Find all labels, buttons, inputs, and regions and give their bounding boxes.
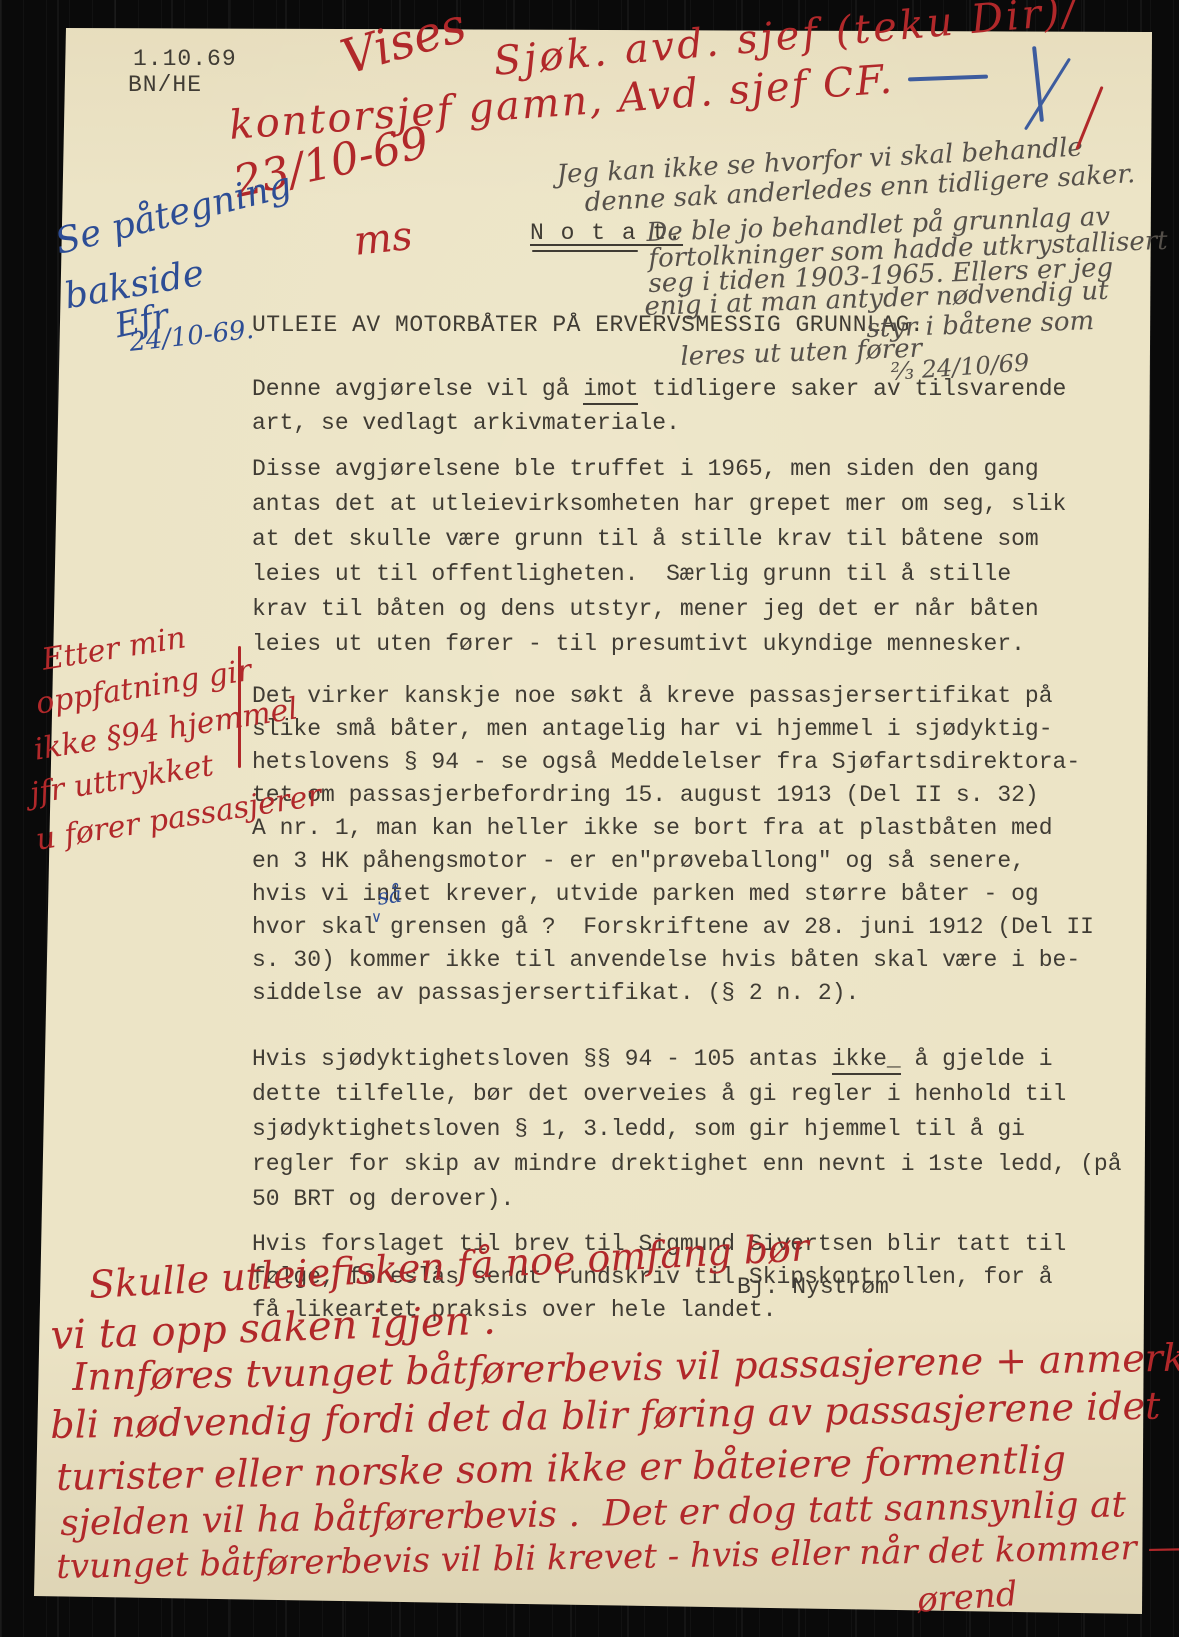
typed-line: s. 30) kommer ikke til anvendelse hvis b… xyxy=(252,944,1094,977)
typed-line: Disse avgjørelsene ble truffet i 1965, m… xyxy=(252,452,1066,487)
typed-line: regler for skip av mindre drektighet enn… xyxy=(252,1147,1122,1182)
typed-paragraph: Hvis sjødyktighetsloven §§ 94 - 105 anta… xyxy=(252,1042,1122,1217)
red-note-initials: ms xyxy=(352,216,414,262)
document-title: UTLEIE AV MOTORBÅTER PÅ ERVERVSMESSIG GR… xyxy=(252,312,924,338)
signature-typed: Bj. Nystrøm xyxy=(737,1274,889,1300)
typed-line: sjødyktighetsloven § 1, 3.ledd, som gir … xyxy=(252,1112,1122,1147)
stamp-initials: BN/HE xyxy=(128,72,202,98)
typed-line: en 3 HK påhengsmotor - er en"prøveballon… xyxy=(252,845,1094,878)
typed-line: krav til båten og dens utstyr, mener jeg… xyxy=(252,592,1066,627)
typed-line: dette tilfelle, bør det overveies å gi r… xyxy=(252,1077,1122,1112)
typed-line: antas det at utleievirksomheten har grep… xyxy=(252,487,1066,522)
blue-insert-word: så xyxy=(376,885,403,910)
typed-line: siddelse av passasjersertifikat. (§ 2 n.… xyxy=(252,977,1094,1010)
typed-line: slike små båter, men antagelig har vi hj… xyxy=(252,713,1094,746)
typed-line: leies ut til offentligheten. Særlig grun… xyxy=(252,557,1066,592)
typed-line: A nr. 1, man kan heller ikke se bort fra… xyxy=(252,812,1094,845)
typed-paragraph: Det virker kanskje noe søkt å kreve pass… xyxy=(252,680,1094,1010)
blue-insert-caret: ∨ xyxy=(371,910,382,925)
pencil-note-line-8: leres ut uten fører xyxy=(680,336,922,370)
red-margin-bar xyxy=(238,646,241,768)
typed-line: leies ut uten fører - til presumtivt uky… xyxy=(252,627,1066,662)
typed-paragraph: Disse avgjørelsene ble truffet i 1965, m… xyxy=(252,452,1066,662)
typed-line: 50 BRT og derover). xyxy=(252,1182,1122,1217)
typed-line: art, se vedlagt arkivmateriale. xyxy=(252,406,1066,440)
typed-line: Det virker kanskje noe søkt å kreve pass… xyxy=(252,680,1094,713)
notat-second-underline xyxy=(532,250,638,252)
typed-line: tet om passasjerbefordring 15. august 19… xyxy=(252,779,1094,812)
document-scan: 1.10.69 BN/HE N o t a t. UTLEIE AV MOTOR… xyxy=(0,0,1179,1637)
typed-line: hetslovens § 94 - se også Meddelelser fr… xyxy=(252,746,1094,779)
typed-line: at det skulle være grunn til å stille kr… xyxy=(252,522,1066,557)
typed-line: Hvis sjødyktighetsloven §§ 94 - 105 anta… xyxy=(252,1042,1122,1077)
stamp-date: 1.10.69 xyxy=(133,46,237,72)
red-bottom-signoff: ørend xyxy=(916,1577,1019,1618)
